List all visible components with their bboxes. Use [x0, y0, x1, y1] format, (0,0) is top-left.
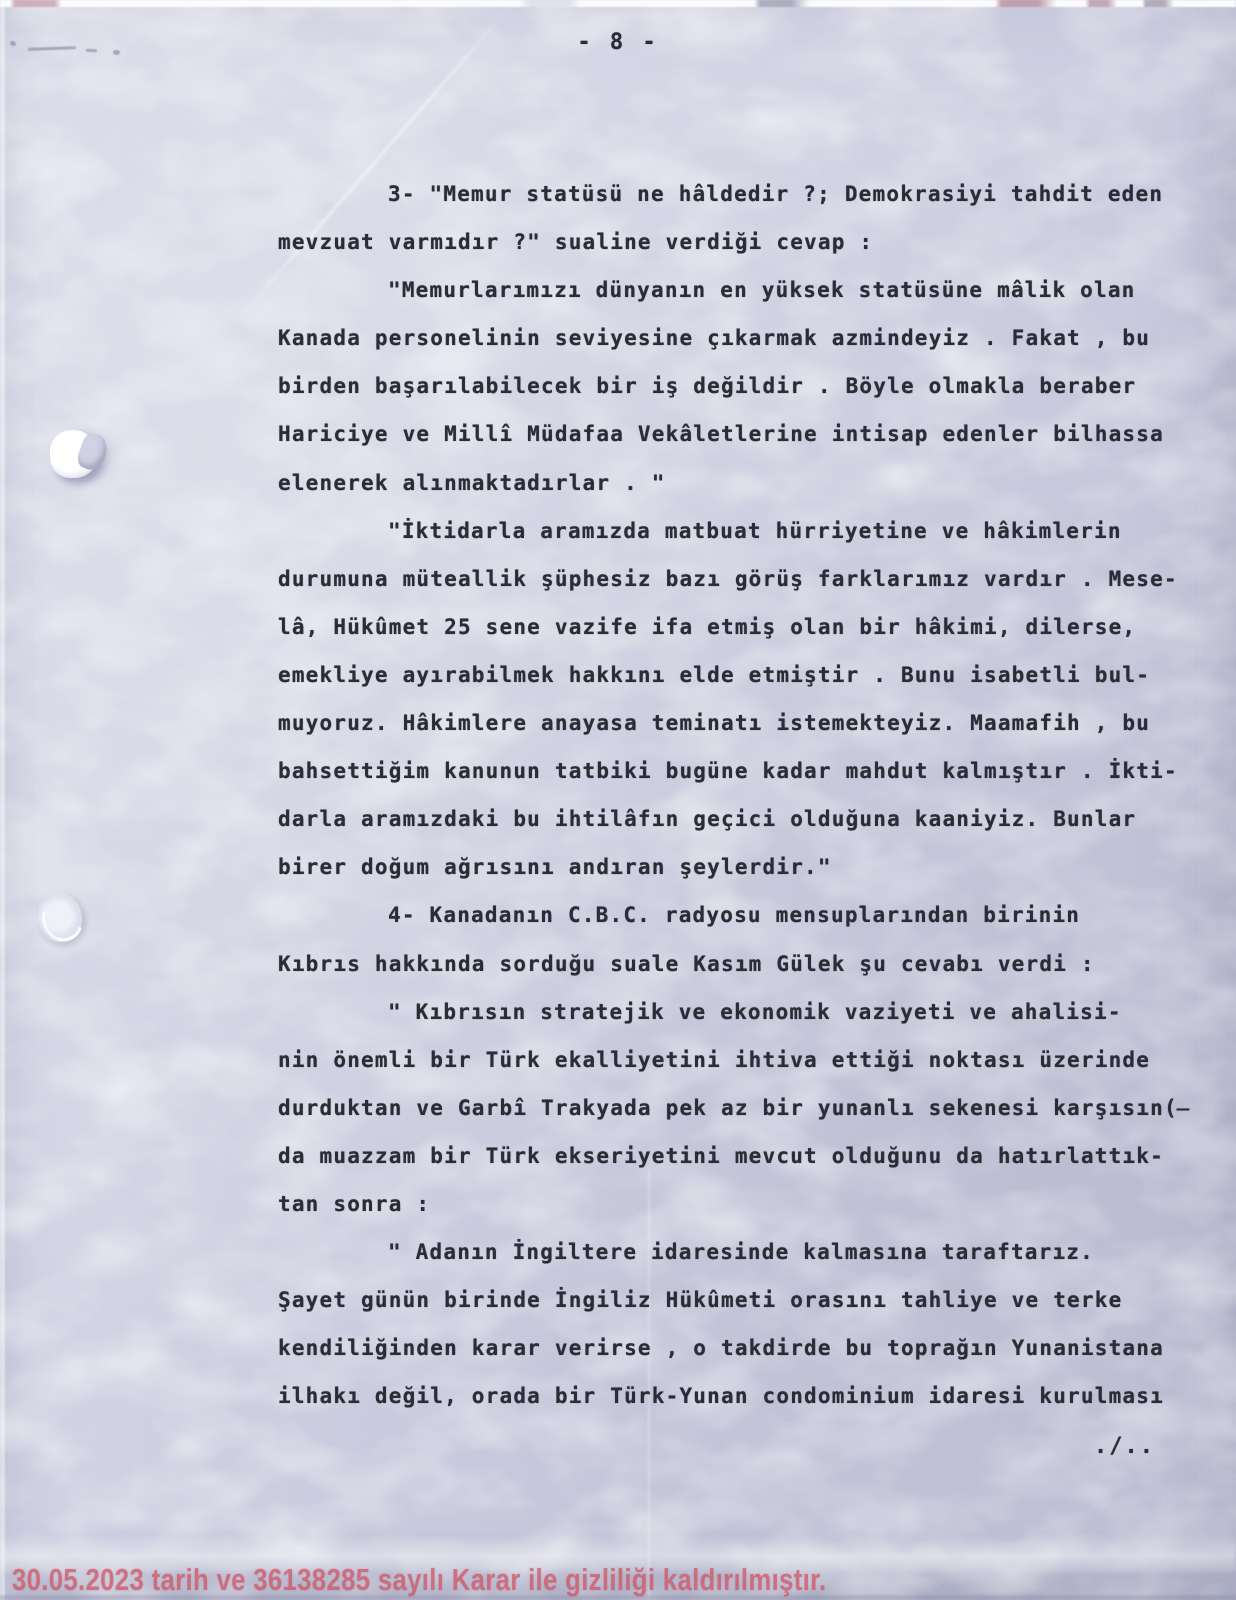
scan-top-edge: [0, 0, 1236, 7]
text-line: Kıbrıs hakkında sorduğu suale Kasım Güle…: [278, 940, 1203, 988]
text-line: "İktidarla aramızda matbuat hürriyetine …: [278, 507, 1203, 555]
text-line: " Kıbrısın stratejik ve ekonomik vaziyet…: [278, 988, 1203, 1036]
text-line: lâ, Hükûmet 25 sene vazife ifa etmiş ola…: [278, 603, 1203, 651]
text-line: Hariciye ve Millî Müdafaa Vekâletlerine …: [278, 410, 1203, 458]
text-line: emekliye ayırabilmek hakkını elde etmişt…: [278, 651, 1203, 699]
text-line: birer doğum ağrısını andıran şeylerdir.": [278, 843, 1203, 891]
text-line: " Adanın İngiltere idaresinde kalmasına …: [278, 1228, 1203, 1276]
text-line: da muazzam bir Türk ekseriyetini mevcut …: [278, 1132, 1203, 1180]
text-line: mevzuat varmıdır ?" sualine verdiği ceva…: [278, 218, 1203, 266]
text-line: ilhakı değil, orada bir Türk-Yunan condo…: [278, 1372, 1203, 1420]
page-number: - 8 -: [0, 30, 1236, 56]
text-line: Kanada personelinin seviyesine çıkarmak …: [278, 314, 1203, 362]
text-line: 3- "Memur statüsü ne hâldedir ?; Demokra…: [278, 170, 1203, 218]
scan-left-edge: [0, 0, 5, 1600]
text-line: birden başarılabilecek bir iş değildir .…: [278, 362, 1203, 410]
text-line: muyoruz. Hâkimlere anayasa teminatı iste…: [278, 699, 1203, 747]
punch-hole: [35, 889, 86, 945]
document-body: 3- "Memur statüsü ne hâldedir ?; Demokra…: [278, 170, 1203, 1420]
continuation-mark: ./..: [1094, 1432, 1155, 1462]
text-line: tan sonra :: [278, 1180, 1203, 1228]
text-line: darla aramızdaki bu ihtilâfın geçici old…: [278, 795, 1203, 843]
text-line: bahsettiğim kanunun tatbiki bugüne kadar…: [278, 747, 1203, 795]
declassification-stamp: 30.05.2023 tarih ve 36138285 sayılı Kara…: [12, 1563, 827, 1597]
text-line: nin önemli bir Türk ekalliyetini ihtiva …: [278, 1036, 1203, 1084]
text-line: kendiliğinden karar verirse , o takdirde…: [278, 1324, 1203, 1372]
text-line: elenerek alınmaktadırlar . ": [278, 459, 1203, 507]
text-line: durumuna müteallik şüphesiz bazı görüş f…: [278, 555, 1203, 603]
text-line: "Memurlarımızı dünyanın en yüksek statüs…: [278, 266, 1203, 314]
text-line: Şayet günün birinde İngiliz Hükûmeti ora…: [278, 1276, 1203, 1324]
scanned-document-page: - 8 - 3- "Memur statüsü ne hâldedir ?; D…: [0, 0, 1236, 1600]
text-line: durduktan ve Garbî Trakyada pek az bir y…: [278, 1084, 1203, 1132]
text-line: 4- Kanadanın C.B.C. radyosu mensuplarınd…: [278, 891, 1203, 939]
punch-hole: [50, 430, 98, 478]
